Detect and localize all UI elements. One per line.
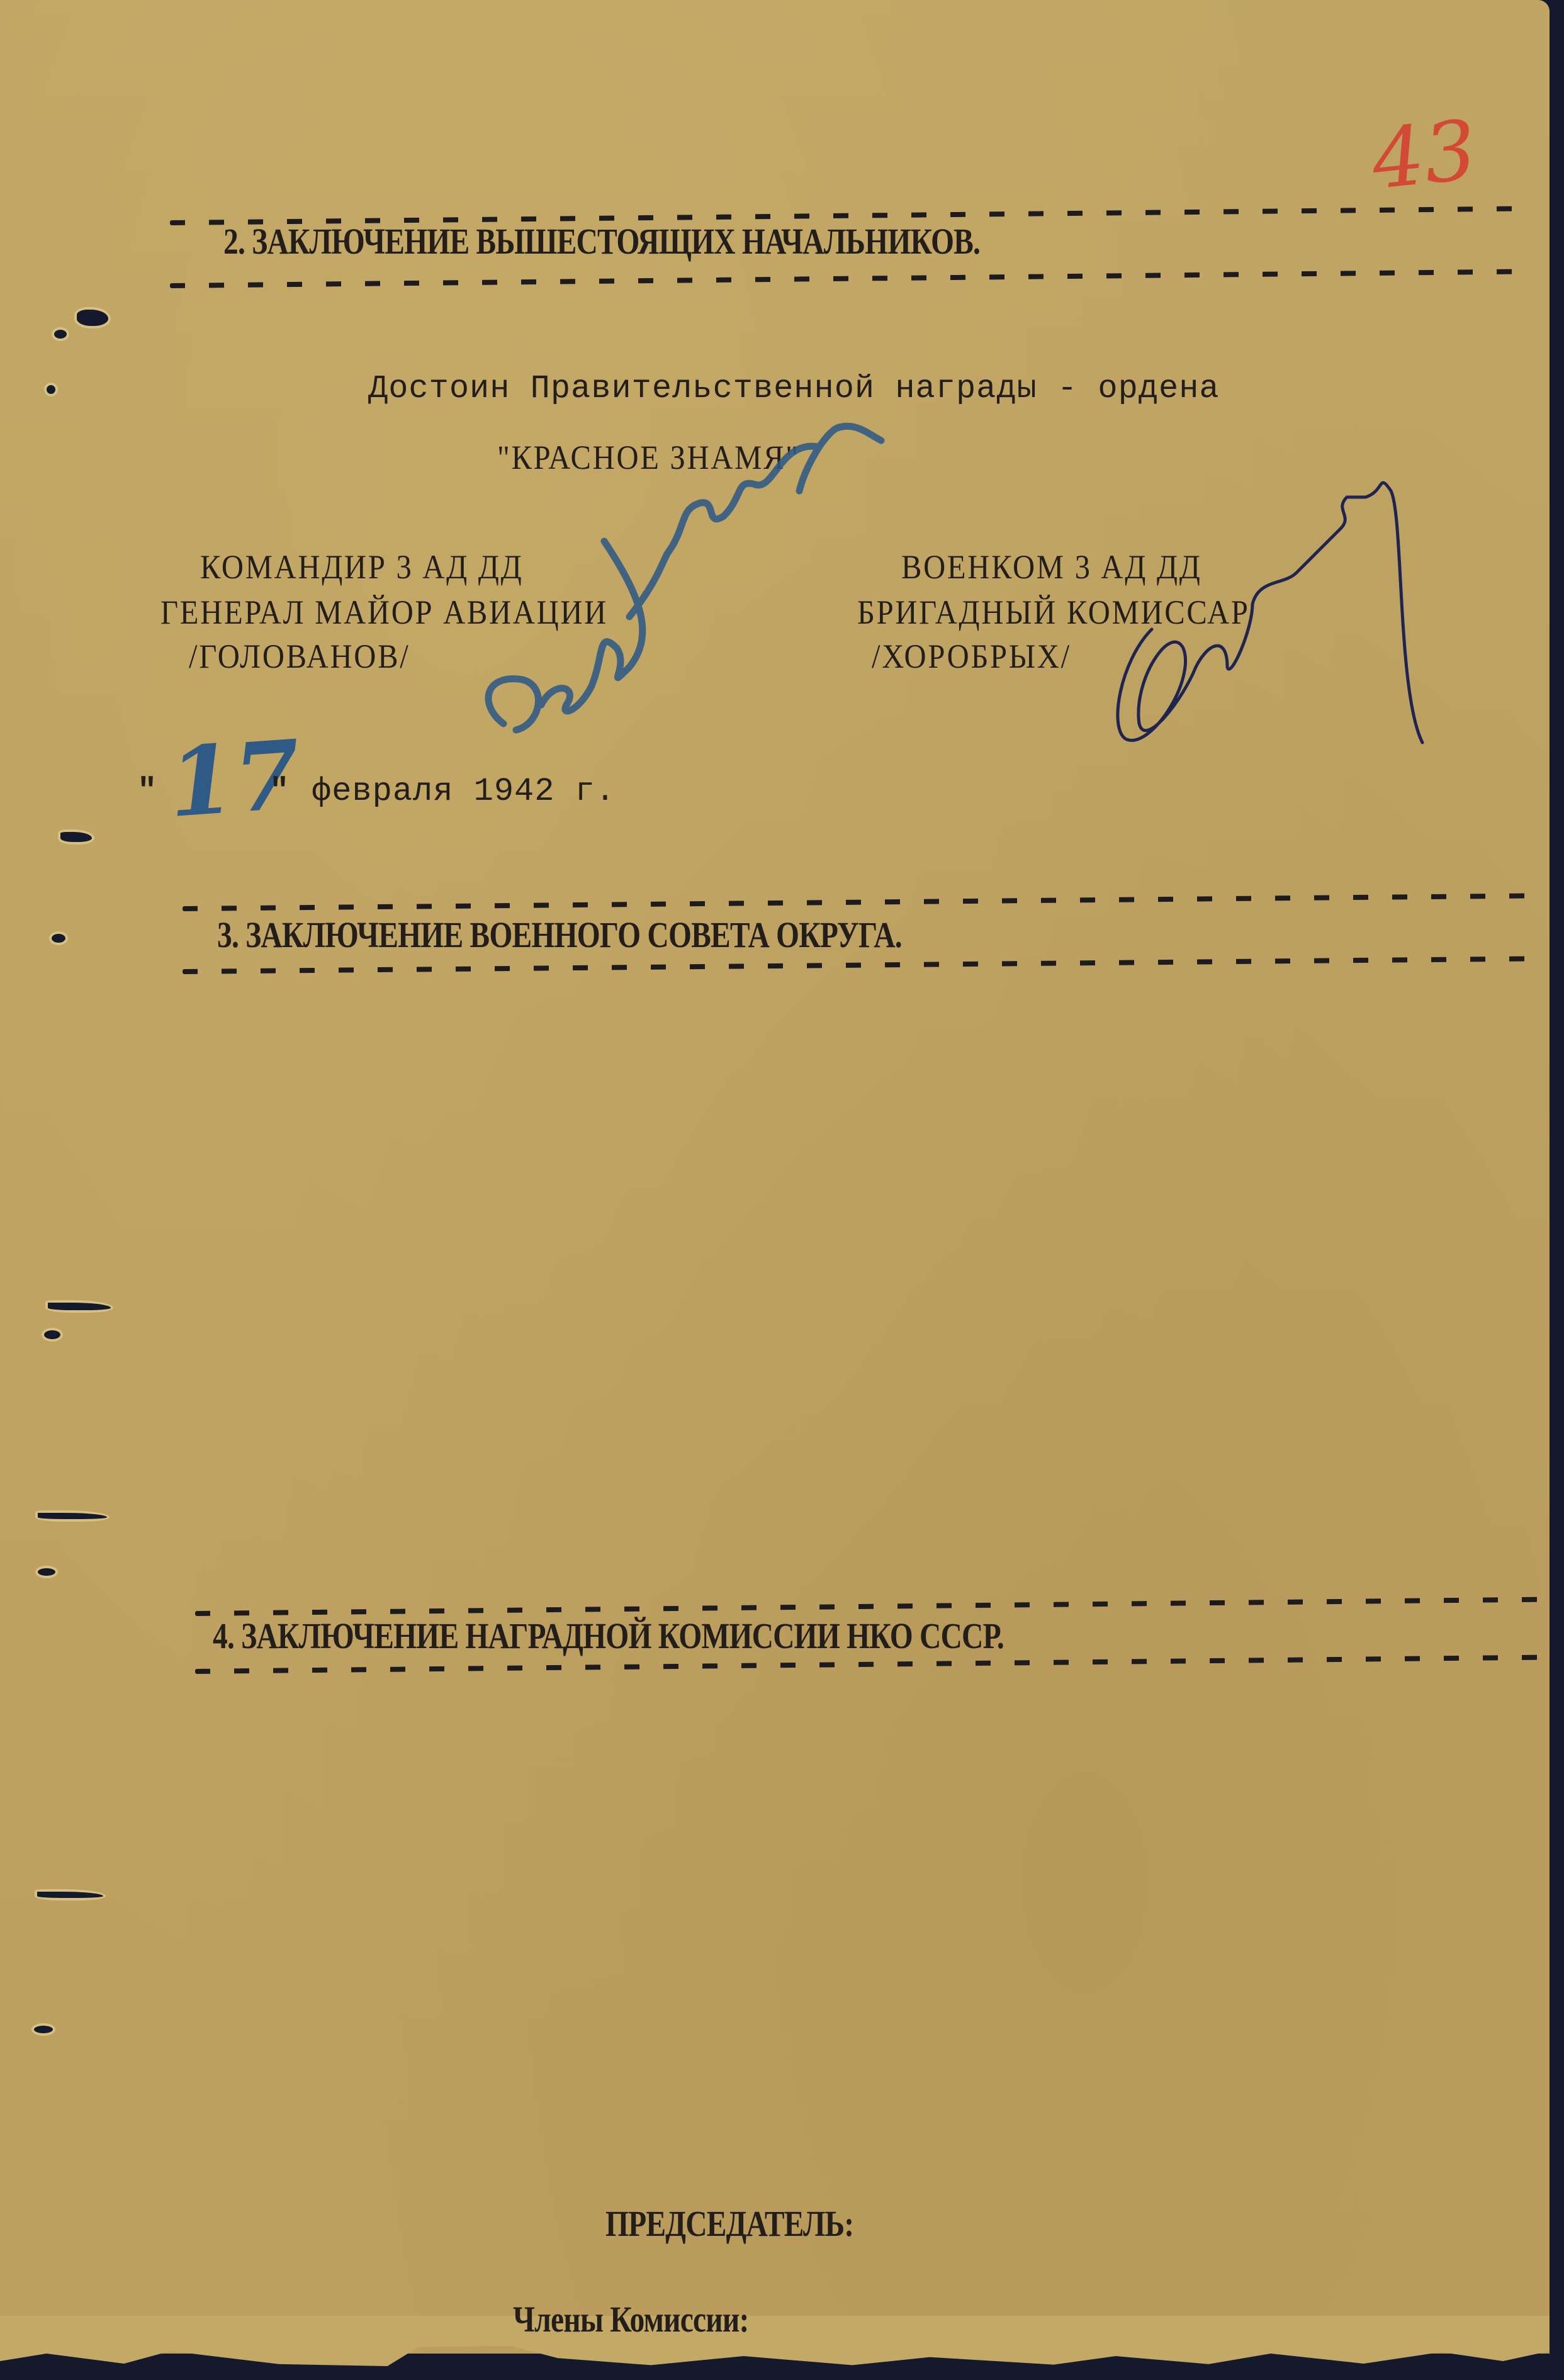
binding-hole (35, 1566, 58, 1578)
binding-hole (74, 307, 111, 328)
commission-members-label: Члены Комиссии: (513, 2298, 748, 2340)
date-quote-close: " (269, 773, 290, 810)
commander-title-line2: ГЕНЕРАЛ МАЙОР АВИАЦИИ (160, 593, 608, 632)
torn-bottom-edge (0, 2316, 1550, 2366)
date-text: февраля 1942 г. (312, 773, 616, 810)
chairman-label: ПРЕДСЕДАТЕЛЬ: (605, 2203, 853, 2245)
binding-hole (31, 2023, 55, 2036)
commander-name: /ГОЛОВАНОВ/ (189, 637, 410, 676)
archive-page-number: 43 (1368, 102, 1481, 208)
award-recommendation-text: Достоин Правительственной награды - орде… (368, 370, 1220, 407)
document-page (0, 0, 1550, 2354)
section-3-heading: 3. ЗАКЛЮЧЕНИЕ ВОЕННОГО СОВЕТА ОКРУГА. (217, 914, 902, 956)
commander-title-line1: КОМАНДИР 3 АД ДД (200, 547, 523, 587)
commissar-name: /ХОРОБРЫХ/ (872, 637, 1071, 676)
commissar-title-line2: БРИГАДНЫЙ КОМИССАР (857, 593, 1250, 632)
order-name: "КРАСНОЕ ЗНАМЯ" (497, 438, 800, 477)
commissar-title-line1: ВОЕНКОМ 3 АД ДД (901, 547, 1202, 587)
date-quote-open: " (137, 773, 157, 810)
binding-hole (52, 327, 69, 341)
binding-hole (44, 383, 58, 396)
section-4-heading: 4. ЗАКЛЮЧЕНИЕ НАГРАДНОЙ КОМИССИИ НКО ССС… (213, 1615, 1004, 1657)
binding-hole (49, 931, 68, 945)
section-2-heading: 2. ЗАКЛЮЧЕНИЕ ВЫШЕСТОЯЩИХ НАЧАЛЬНИКОВ. (223, 220, 980, 262)
binding-hole (42, 1328, 63, 1342)
